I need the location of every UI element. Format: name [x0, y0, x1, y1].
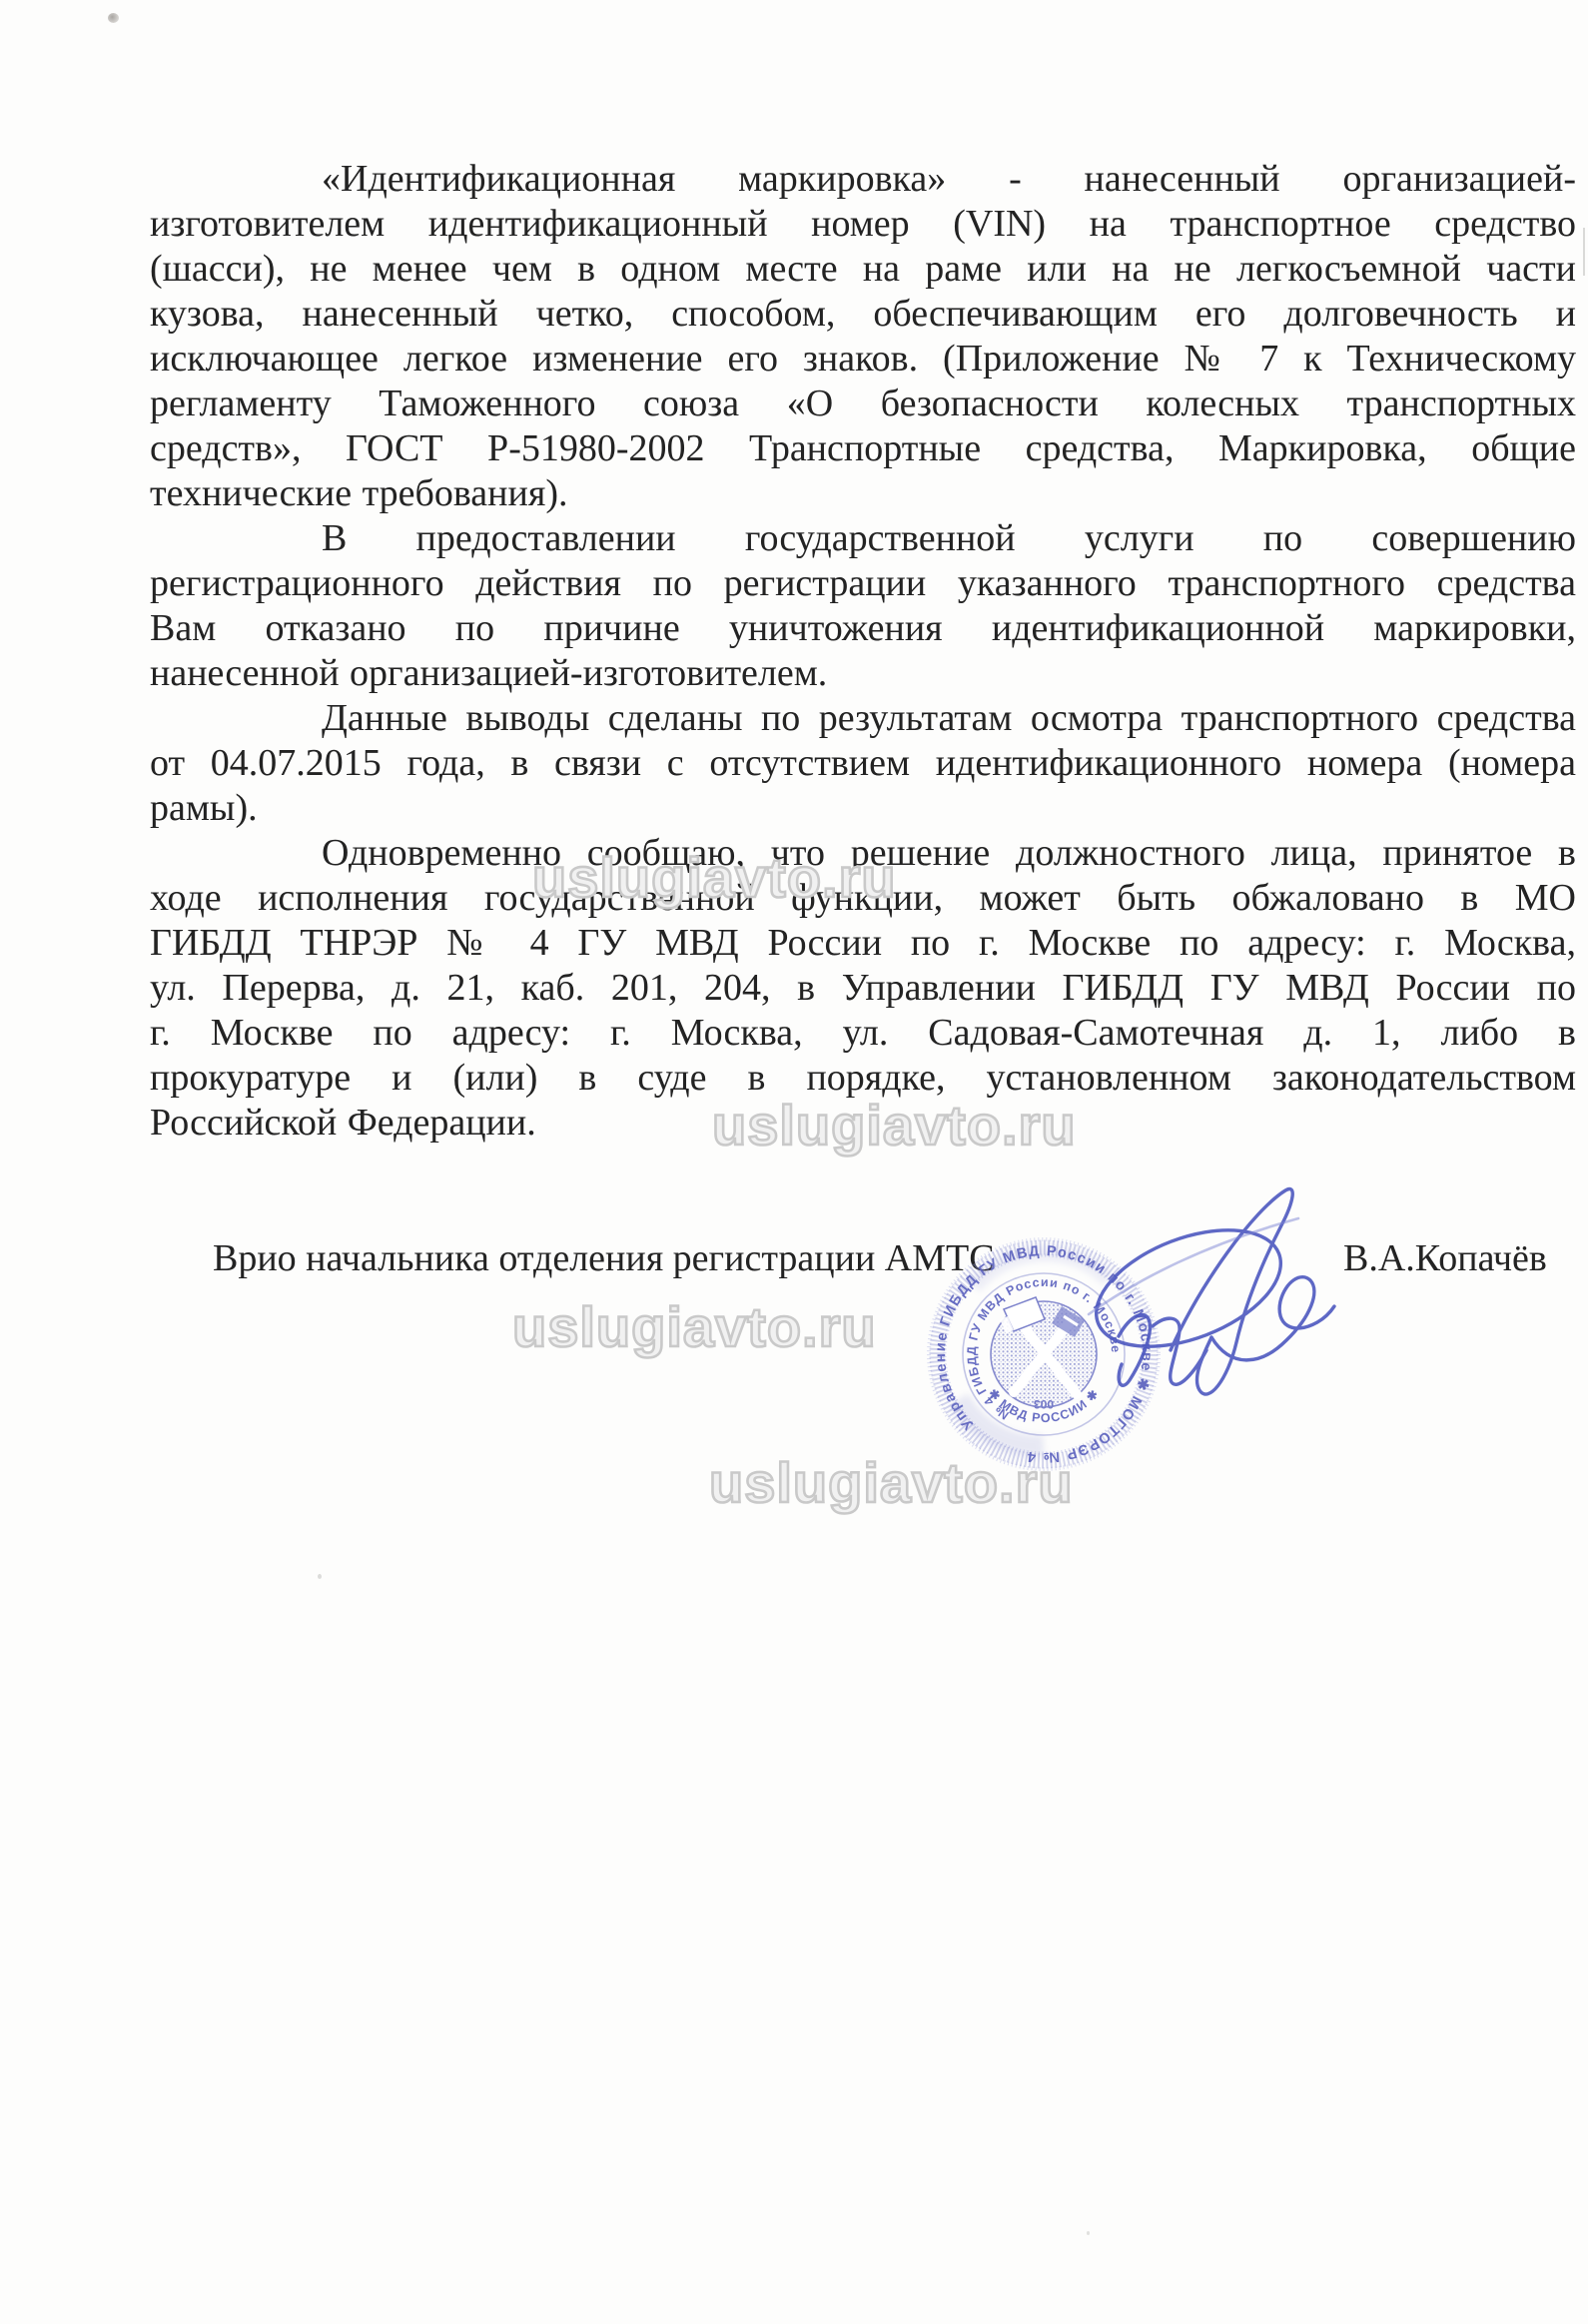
text-line: Одновременно сообщаю, что решение должно…: [150, 831, 1576, 876]
text-line: от 04.07.2015 года, в связи с отсутствие…: [150, 741, 1576, 786]
text-line: технические требования).: [150, 471, 1576, 516]
scan-speck: [318, 1574, 322, 1579]
text-line: В предоставлении государственной услуги …: [150, 516, 1576, 561]
watermark-text: uslugiavto.ru: [512, 1294, 877, 1359]
text-line: регламенту Таможенного союза «О безопасн…: [150, 382, 1576, 426]
scanned-letter-page: «Идентификационная маркировка» - нанесен…: [0, 0, 1588, 2324]
paragraph-definition: «Идентификационная маркировка» - нанесен…: [150, 157, 1576, 516]
text-line: изготовителем идентификационный номер (V…: [150, 202, 1576, 247]
signature-loop: [1081, 1207, 1297, 1370]
paragraph-refusal: В предоставлении государственной услуги …: [150, 516, 1576, 696]
text-line: (шасси), не менее чем в одном месте на р…: [150, 247, 1576, 292]
text-line: ГИБДД ТНРЭР № 4 ГУ МВД России по г. Моск…: [150, 921, 1576, 966]
text-line: г. Москве по адресу: г. Москва, ул. Садо…: [150, 1011, 1576, 1056]
signatory-title: Врио начальника отделения регистрации АМ…: [213, 1236, 995, 1281]
text-line: прокуратуре и (или) в суде в порядке, ус…: [150, 1056, 1576, 1101]
text-line: ул. Перерва, д. 21, каб. 201, 204, в Упр…: [150, 966, 1576, 1011]
scan-speck: [1087, 2231, 1090, 2235]
text-line: Вам отказано по причине уничтожения иден…: [150, 606, 1576, 651]
text-line: регистрационного действия по регистрации…: [150, 561, 1576, 606]
text-line: нанесенной организацией-изготовителем.: [150, 651, 1576, 696]
text-line: «Идентификационная маркировка» - нанесен…: [150, 157, 1576, 202]
letter-body: «Идентификационная маркировка» - нанесен…: [150, 157, 1576, 1146]
text-line: средств», ГОСТ Р-51980-2002 Транспортные…: [150, 426, 1576, 471]
scan-edge-mark: [1583, 228, 1585, 276]
signature-stroke: [1119, 1314, 1206, 1385]
signature-stroke: [1171, 1189, 1292, 1395]
handwritten-signature: [959, 1129, 1418, 1448]
text-line: кузова, нанесенный четко, способом, обес…: [150, 292, 1576, 337]
text-line: рамы).: [150, 786, 1576, 831]
text-line: Данные выводы сделаны по результатам осм…: [150, 696, 1576, 741]
text-line: ходе исполнения государственной функции,…: [150, 876, 1576, 921]
scan-speck: [108, 13, 119, 23]
paragraph-inspection: Данные выводы сделаны по результатам осм…: [150, 696, 1576, 831]
text-line: исключающее легкое изменение его знаков.…: [150, 337, 1576, 382]
paragraph-appeal: Одновременно сообщаю, что решение должно…: [150, 831, 1576, 1146]
